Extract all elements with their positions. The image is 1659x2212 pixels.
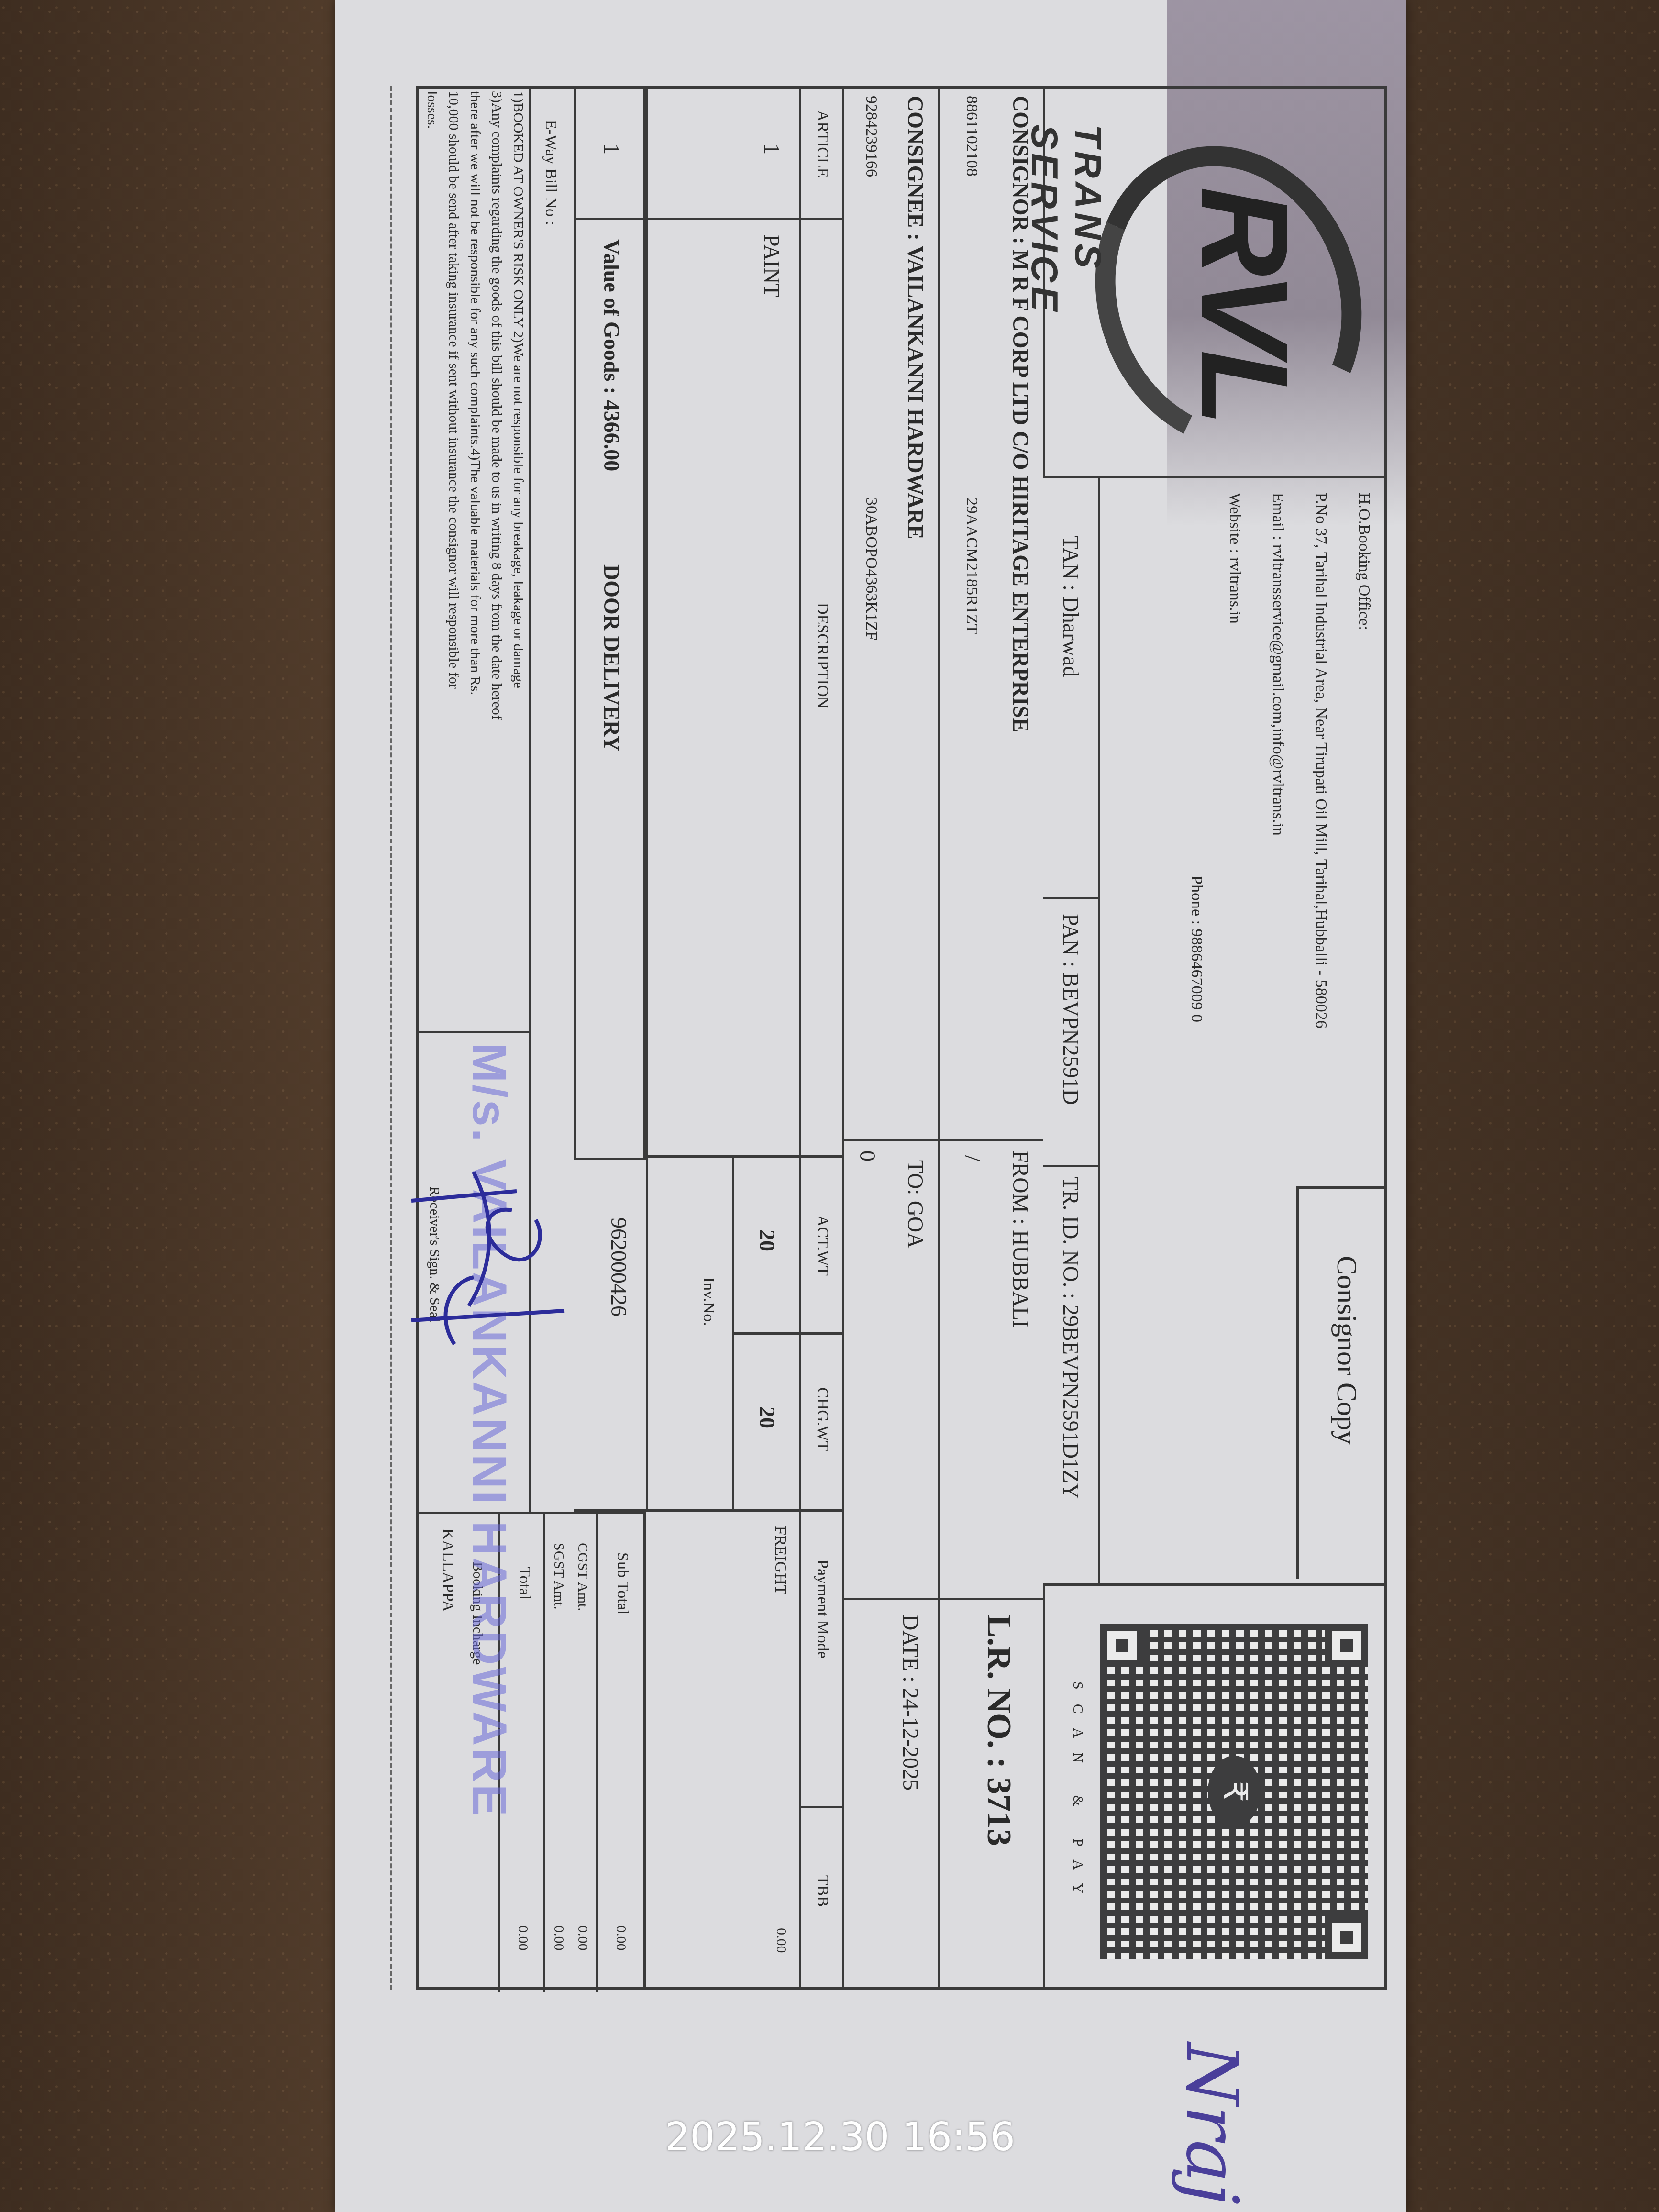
lr-no-cell: L.R. NO. : 3713 [938,1598,1043,1990]
consignee-name: CONSIGNEE : VAILANKANNI HARDWARE [903,96,928,539]
to-extra: 0 [855,1150,880,1161]
sgst-value: 0.00 [551,1925,567,1951]
logo-cell: RVL TRANS SERVICE [1043,86,1387,478]
consignor-row: CONSIGNOR : M R F CORP LTD C/O HIRITAGE … [938,86,1043,1139]
from-extra: / [960,1155,985,1161]
lorry-receipt: RVL TRANS SERVICE H.O.Booking Office: P.… [407,86,1387,2000]
date-cell: DATE : 24-12-2025 [842,1598,938,1990]
terms-line-5: losses. [424,91,440,129]
office-website: Website : rvltrans.in [1226,493,1244,624]
consignor-phone: 8861102108 [962,96,981,177]
cgst-value: 0.00 [575,1925,591,1951]
consignee-phone: 9284239166 [862,96,880,177]
receiver-signature [402,1162,593,1363]
terms-box: 1)BOOKED AT OWNER'S RISK ONLY 2)We are n… [416,86,531,1033]
header-payment-mode: Payment Mode [813,1559,831,1659]
tr-id-number: TR. ID. NO. : 29BEVPN2591D1ZY [1058,1177,1084,1499]
totals-box: Sub Total 0.00 CGST Amt. 0.00 SGST Amt. … [416,1512,646,1990]
invoice-label: Inv.No. [699,1277,718,1326]
office-email: Email : rvltransservice@gmail.com,info@r… [1269,493,1287,836]
freight-cell: FREIGHT 0.00 [646,1512,799,1990]
lr-number: L.R. NO. : 3713 [979,1615,1019,1846]
from-city: FROM : HUBBALI [1008,1150,1033,1328]
booking-incharge-name: KALLAPPA [439,1528,457,1612]
cgst-label: CGST Amt. [575,1543,591,1611]
charged-weight: 20 [754,1406,780,1428]
item-description: PAINT [759,234,785,297]
payment-mode-value: TBB [813,1875,831,1907]
eway-bill-label: E-Way Bill No : [542,120,560,225]
qr-caption: SCAN & PAY [1070,1681,1086,1908]
tan-cell: TAN : Dharwad [1043,478,1098,899]
invoice-number: 962000426 [606,1217,631,1316]
terms-line-3: there after we will not be responsible f… [467,91,483,695]
rupee-icon: ₹ [1208,1756,1261,1827]
to-cell: TO: GOA 0 [842,1139,938,1598]
office-phone: Phone : 9886467009 0 [1187,875,1206,1022]
consignor-gstin: 29AACM2185R1ZT [962,498,981,634]
header-act-wt: ACT.WT [813,1215,831,1276]
header-chg-wt: CHG.WT [813,1387,831,1451]
terms-line-4: 10,000 should be send after taking insur… [445,91,462,689]
handwritten-note: Nraj [1170,2043,1253,2205]
total-label: Total [515,1567,533,1600]
lr-date: DATE : 24-12-2025 [898,1615,923,1791]
consignee-gstin: 30ABOPO4363K1ZF [862,498,880,640]
photo-timestamp: 2025.12.30 16:56 [665,2114,1015,2160]
consignee-row: CONSIGNEE : VAILANKANNI HARDWARE 9284239… [842,86,938,1139]
article-total: 1 [599,144,624,155]
tax-id-row: TAN : Dharwad PAN : BEVPN2591D TR. ID. N… [1043,478,1100,1583]
pan-cell: PAN : BEVPN2591D [1043,899,1098,1167]
header-description: DESCRIPTION [813,603,831,708]
qr-cell: ₹ SCAN & PAY [1043,1583,1387,1990]
freight-label: FREIGHT [771,1526,789,1595]
sub-total-label: Sub Total [613,1552,631,1615]
sub-total-value: 0.00 [613,1925,629,1951]
delivery-type: DOOR DELIVERY [599,564,624,752]
receiver-stamp: M/s. VAILANKANNI HARDWARE [462,1043,517,1818]
pan-number: PAN : BEVPN2591D [1058,914,1084,1105]
logo-text: RVL [1172,187,1316,421]
total-value: 0.00 [515,1925,531,1951]
terms-line-2: 3)Any complaints regarding the goods of … [488,91,505,720]
copy-label: Consignor Copy [1330,1256,1363,1445]
freight-value: 0.00 [773,1928,789,1953]
booking-office-label: H.O.Booking Office: [1355,493,1373,630]
cut-line [390,86,392,1990]
from-cell: FROM : HUBBALI / [938,1139,1043,1598]
summary-row: 1 Value of Goods : 4366.00 DOOR DELIVERY [574,86,646,1158]
sgst-label: SGST Amt. [551,1543,567,1610]
copy-label-box: Consignor Copy [1296,1186,1387,1579]
table-header: ARTICLE DESCRIPTION ACT.WT CHG.WT Paymen… [799,86,842,1990]
to-city: TO: GOA [903,1160,928,1248]
header-article: ARTICLE [813,110,831,178]
value-of-goods: Value of Goods : 4366.00 [599,239,624,471]
tan-number: TAN : Dharwad [1058,536,1084,677]
terms-line-1: 1)BOOKED AT OWNER'S RISK ONLY 2)We are n… [510,91,526,688]
consignor-name: CONSIGNOR : M R F CORP LTD C/O HIRITAGE … [1008,96,1033,732]
article-count: 1 [759,144,785,155]
table-row: 1 PAINT 20 20 Inv.No. [646,86,799,1512]
actual-weight: 20 [754,1229,780,1251]
office-address: P.No 37, Tarihal Industrial Area, Near T… [1312,493,1330,1029]
payment-qr-code[interactable]: ₹ [1100,1624,1368,1959]
rvl-logo: RVL TRANS SERVICE [1062,105,1368,469]
